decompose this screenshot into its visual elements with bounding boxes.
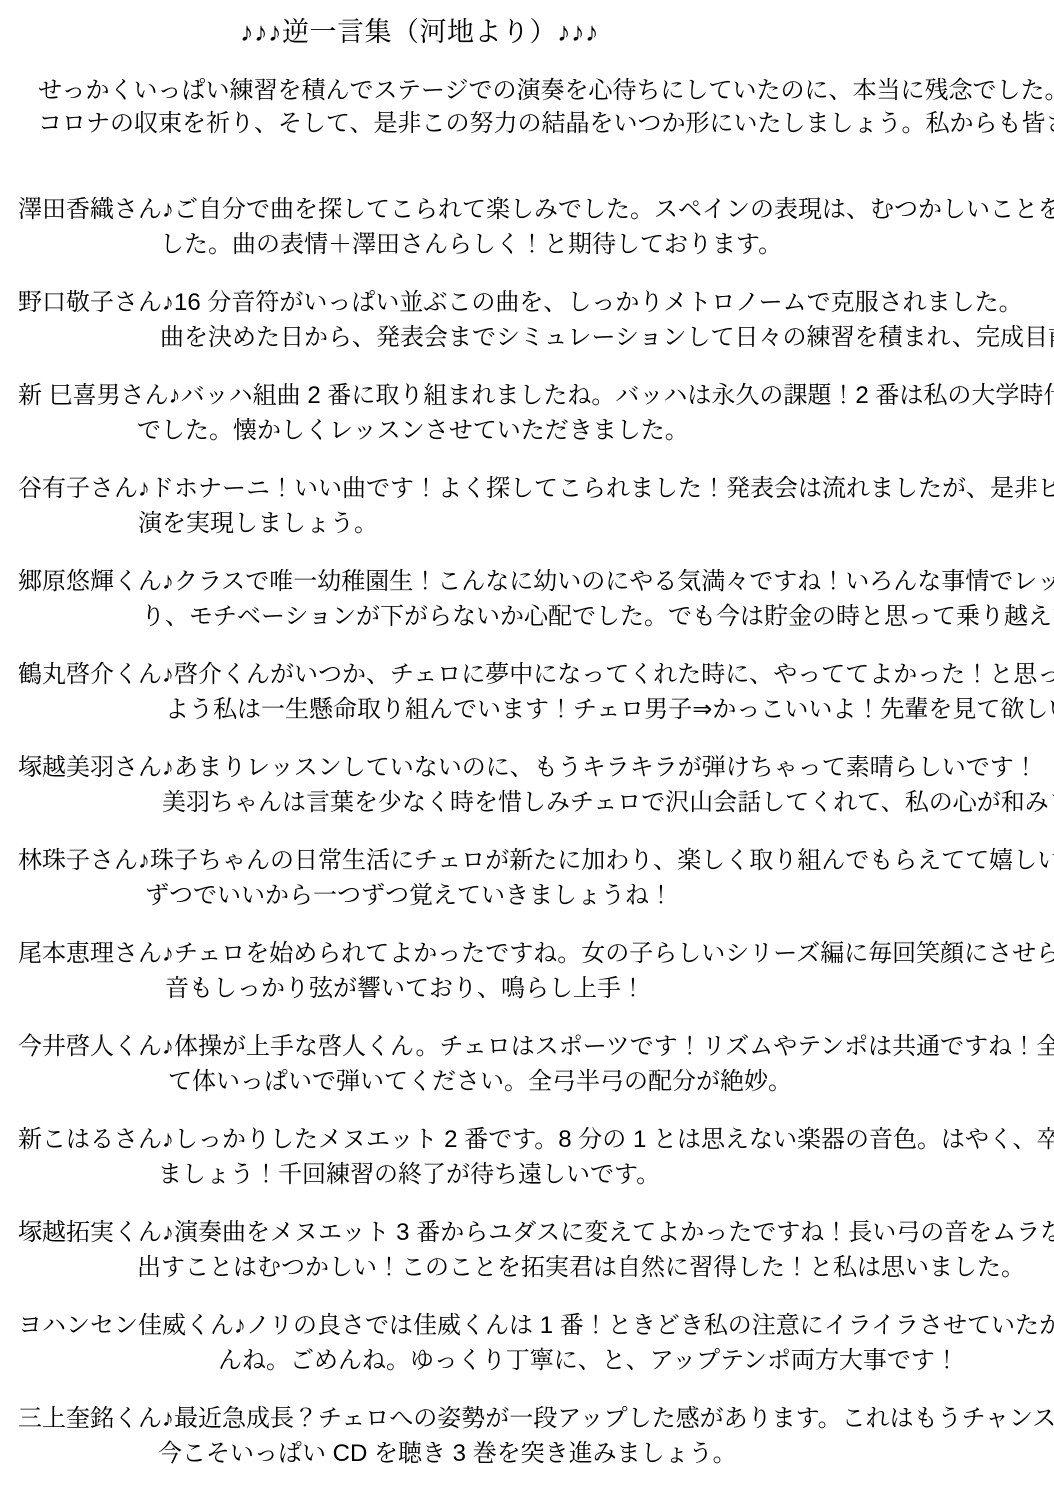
comment-line-1: 三上奎銘くん♪最近急成長？チェロへの姿勢が一段アップした感があります。これはもう… [18, 1401, 1034, 1436]
comment-line-2: り、モチベーションが下がらないか心配でした。でも今は貯金の時と思って乗り越えてく… [141, 599, 1034, 634]
comment-line-2: 演を実現しましょう。 [138, 506, 1034, 541]
comment-line-1: 新 巳喜男さん♪バッハ組曲 2 番に取り組まれましたね。バッハは永久の課題！2 … [18, 378, 1034, 413]
comment-line-2: よう私は一生懸命取り組んでいます！チェロ男子⇒かっこいいよ！先輩を見て欲しいな！… [165, 692, 1034, 727]
comment-line-2: 出すことはむつかしい！このことを拓実君は自然に習得した！と私は思いました。 [137, 1250, 1034, 1285]
comment-line-2: ずつでいいから一つずつ覚えていきましょうね！ [145, 878, 1034, 913]
comment-line-1: 塚越美羽さん♪あまりレッスンしていないのに、もうキラキラが弾けちゃって素晴らしい… [18, 750, 1034, 785]
comment-entry-sawada: 澤田香織さん♪ご自分で曲を探してこられて楽しみでした。スペインの表現は、むつかし… [18, 192, 1034, 262]
comment-entry-tani: 谷有子さん♪ドホナーニ！いい曲です！よく探してこられました！発表会は流れましたが… [18, 471, 1034, 541]
comment-line-1: 野口敬子さん♪16 分音符がいっぱい並ぶこの曲を、しっかりメトロノームで克服され… [18, 285, 1034, 320]
comment-line-1: 郷原悠輝くん♪クラスで唯一幼稚園生！こんなに幼いのにやる気満々ですね！いろんな事… [18, 564, 1034, 599]
comment-entry-atarashi-koharu: 新こはるさん♪しっかりしたメヌエット 2 番です。8 分の 1 とは思えない楽器… [18, 1122, 1034, 1192]
comment-line-1: 新こはるさん♪しっかりしたメヌエット 2 番です。8 分の 1 とは思えない楽器… [18, 1122, 1034, 1157]
comment-entry-tsukagoshi-takumi: 塚越拓実くん♪演奏曲をメヌエット 3 番からユダスに変えてよかったですね！長い弓… [18, 1215, 1034, 1285]
intro-line-1: せっかくいっぱい練習を積んでステージでの演奏を心待ちにしていたのに、本当に残念で… [38, 74, 1034, 107]
comment-entry-atarashi-mikio: 新 巳喜男さん♪バッハ組曲 2 番に取り組まれましたね。バッハは永久の課題！2 … [18, 378, 1034, 448]
comment-line-1: 塚越拓実くん♪演奏曲をメヌエット 3 番からユダスに変えてよかったですね！長い弓… [18, 1215, 1034, 1250]
comment-line-1: 鶴丸啓介くん♪啓介くんがいつか、チェロに夢中になってくれた時に、やっててよかった… [18, 657, 1034, 692]
comment-entry-imai: 今井啓人くん♪体操が上手な啓人くん。チェロはスポーツです！リズムやテンポは共通で… [18, 1029, 1034, 1099]
comment-entry-hayashi: 林珠子さん♪珠子ちゃんの日常生活にチェロが新たに加わり、楽しく取り組んでもらえて… [18, 843, 1034, 913]
comment-line-1: 今井啓人くん♪体操が上手な啓人くん。チェロはスポーツです！リズムやテンポは共通で… [18, 1029, 1034, 1064]
intro-line-2: コロナの収束を祈り、そして、是非この努力の結晶をいつか形にいたしましょう。私から… [38, 107, 1034, 140]
comment-entry-johansen: ヨハンセン佳威くん♪ノリの良さでは佳威くんは 1 番！ときどき私の注意にイライラ… [18, 1308, 1034, 1378]
comment-line-2: んね。ごめんね。ゆっくり丁寧に、と、アップテンポ両方大事です！ [218, 1343, 1034, 1378]
comment-list: 澤田香織さん♪ご自分で曲を探してこられて楽しみでした。スペインの表現は、むつかし… [18, 192, 1034, 1471]
comment-line-1: ヨハンセン佳威くん♪ノリの良さでは佳威くんは 1 番！ときどき私の注意にイライラ… [18, 1308, 1034, 1343]
comment-entry-tsurumaru: 鶴丸啓介くん♪啓介くんがいつか、チェロに夢中になってくれた時に、やっててよかった… [18, 657, 1034, 727]
comment-line-2: 音もしっかり弦が響いており、鳴らし上手！ [165, 971, 1034, 1006]
comment-line-2: 美羽ちゃんは言葉を少なく時を惜しみチェロで沢山会話してくれて、私の心が和みます！… [162, 785, 1034, 820]
comment-line-1: 尾本恵理さん♪チェロを始められてよかったですね。女の子らしいシリーズ編に毎回笑顔… [18, 936, 1034, 971]
comment-line-2: 曲を決めた日から、発表会までシミュレーションして日々の練習を積まれ、完成目前でし… [160, 320, 1034, 355]
comment-line-2: て体いっぱいで弾いてください。全弓半弓の配分が絶妙。 [168, 1064, 1034, 1099]
document-page: ♪♪♪逆一言集（河地より）♪♪♪ せっかくいっぱい練習を積んでステージでの演奏を… [0, 0, 1054, 1500]
comment-line-2: でした。懐かしくレッスンさせていただきました。 [137, 413, 1034, 448]
comment-entry-tsukagoshi-miu: 塚越美羽さん♪あまりレッスンしていないのに、もうキラキラが弾けちゃって素晴らしい… [18, 750, 1034, 820]
comment-entry-omoto: 尾本恵理さん♪チェロを始められてよかったですね。女の子らしいシリーズ編に毎回笑顔… [18, 936, 1034, 1006]
intro-paragraph: せっかくいっぱい練習を積んでステージでの演奏を心待ちにしていたのに、本当に残念で… [38, 74, 1034, 140]
comment-entry-noguchi: 野口敬子さん♪16 分音符がいっぱい並ぶこの曲を、しっかりメトロノームで克服され… [18, 285, 1034, 355]
comment-entry-gohara: 郷原悠輝くん♪クラスで唯一幼稚園生！こんなに幼いのにやる気満々ですね！いろんな事… [18, 564, 1034, 634]
comment-line-2: ましょう！千回練習の終了が待ち遠しいです。 [158, 1157, 1034, 1192]
comment-entry-mikami: 三上奎銘くん♪最近急成長？チェロへの姿勢が一段アップした感があります。これはもう… [18, 1401, 1034, 1471]
comment-line-1: 林珠子さん♪珠子ちゃんの日常生活にチェロが新たに加わり、楽しく取り組んでもらえて… [18, 843, 1034, 878]
comment-line-2: した。曲の表情＋澤田さんらしく！と期待しております。 [160, 227, 1034, 262]
comment-line-1: 谷有子さん♪ドホナーニ！いい曲です！よく探してこられました！発表会は流れましたが… [18, 471, 1034, 506]
comment-line-1: 澤田香織さん♪ご自分で曲を探してこられて楽しみでした。スペインの表現は、むつかし… [18, 192, 1034, 227]
page-title: ♪♪♪逆一言集（河地より）♪♪♪ [240, 12, 1034, 52]
comment-line-2: 今こそいっぱい CD を聴き 3 巻を突き進みましょう。 [158, 1436, 1034, 1471]
